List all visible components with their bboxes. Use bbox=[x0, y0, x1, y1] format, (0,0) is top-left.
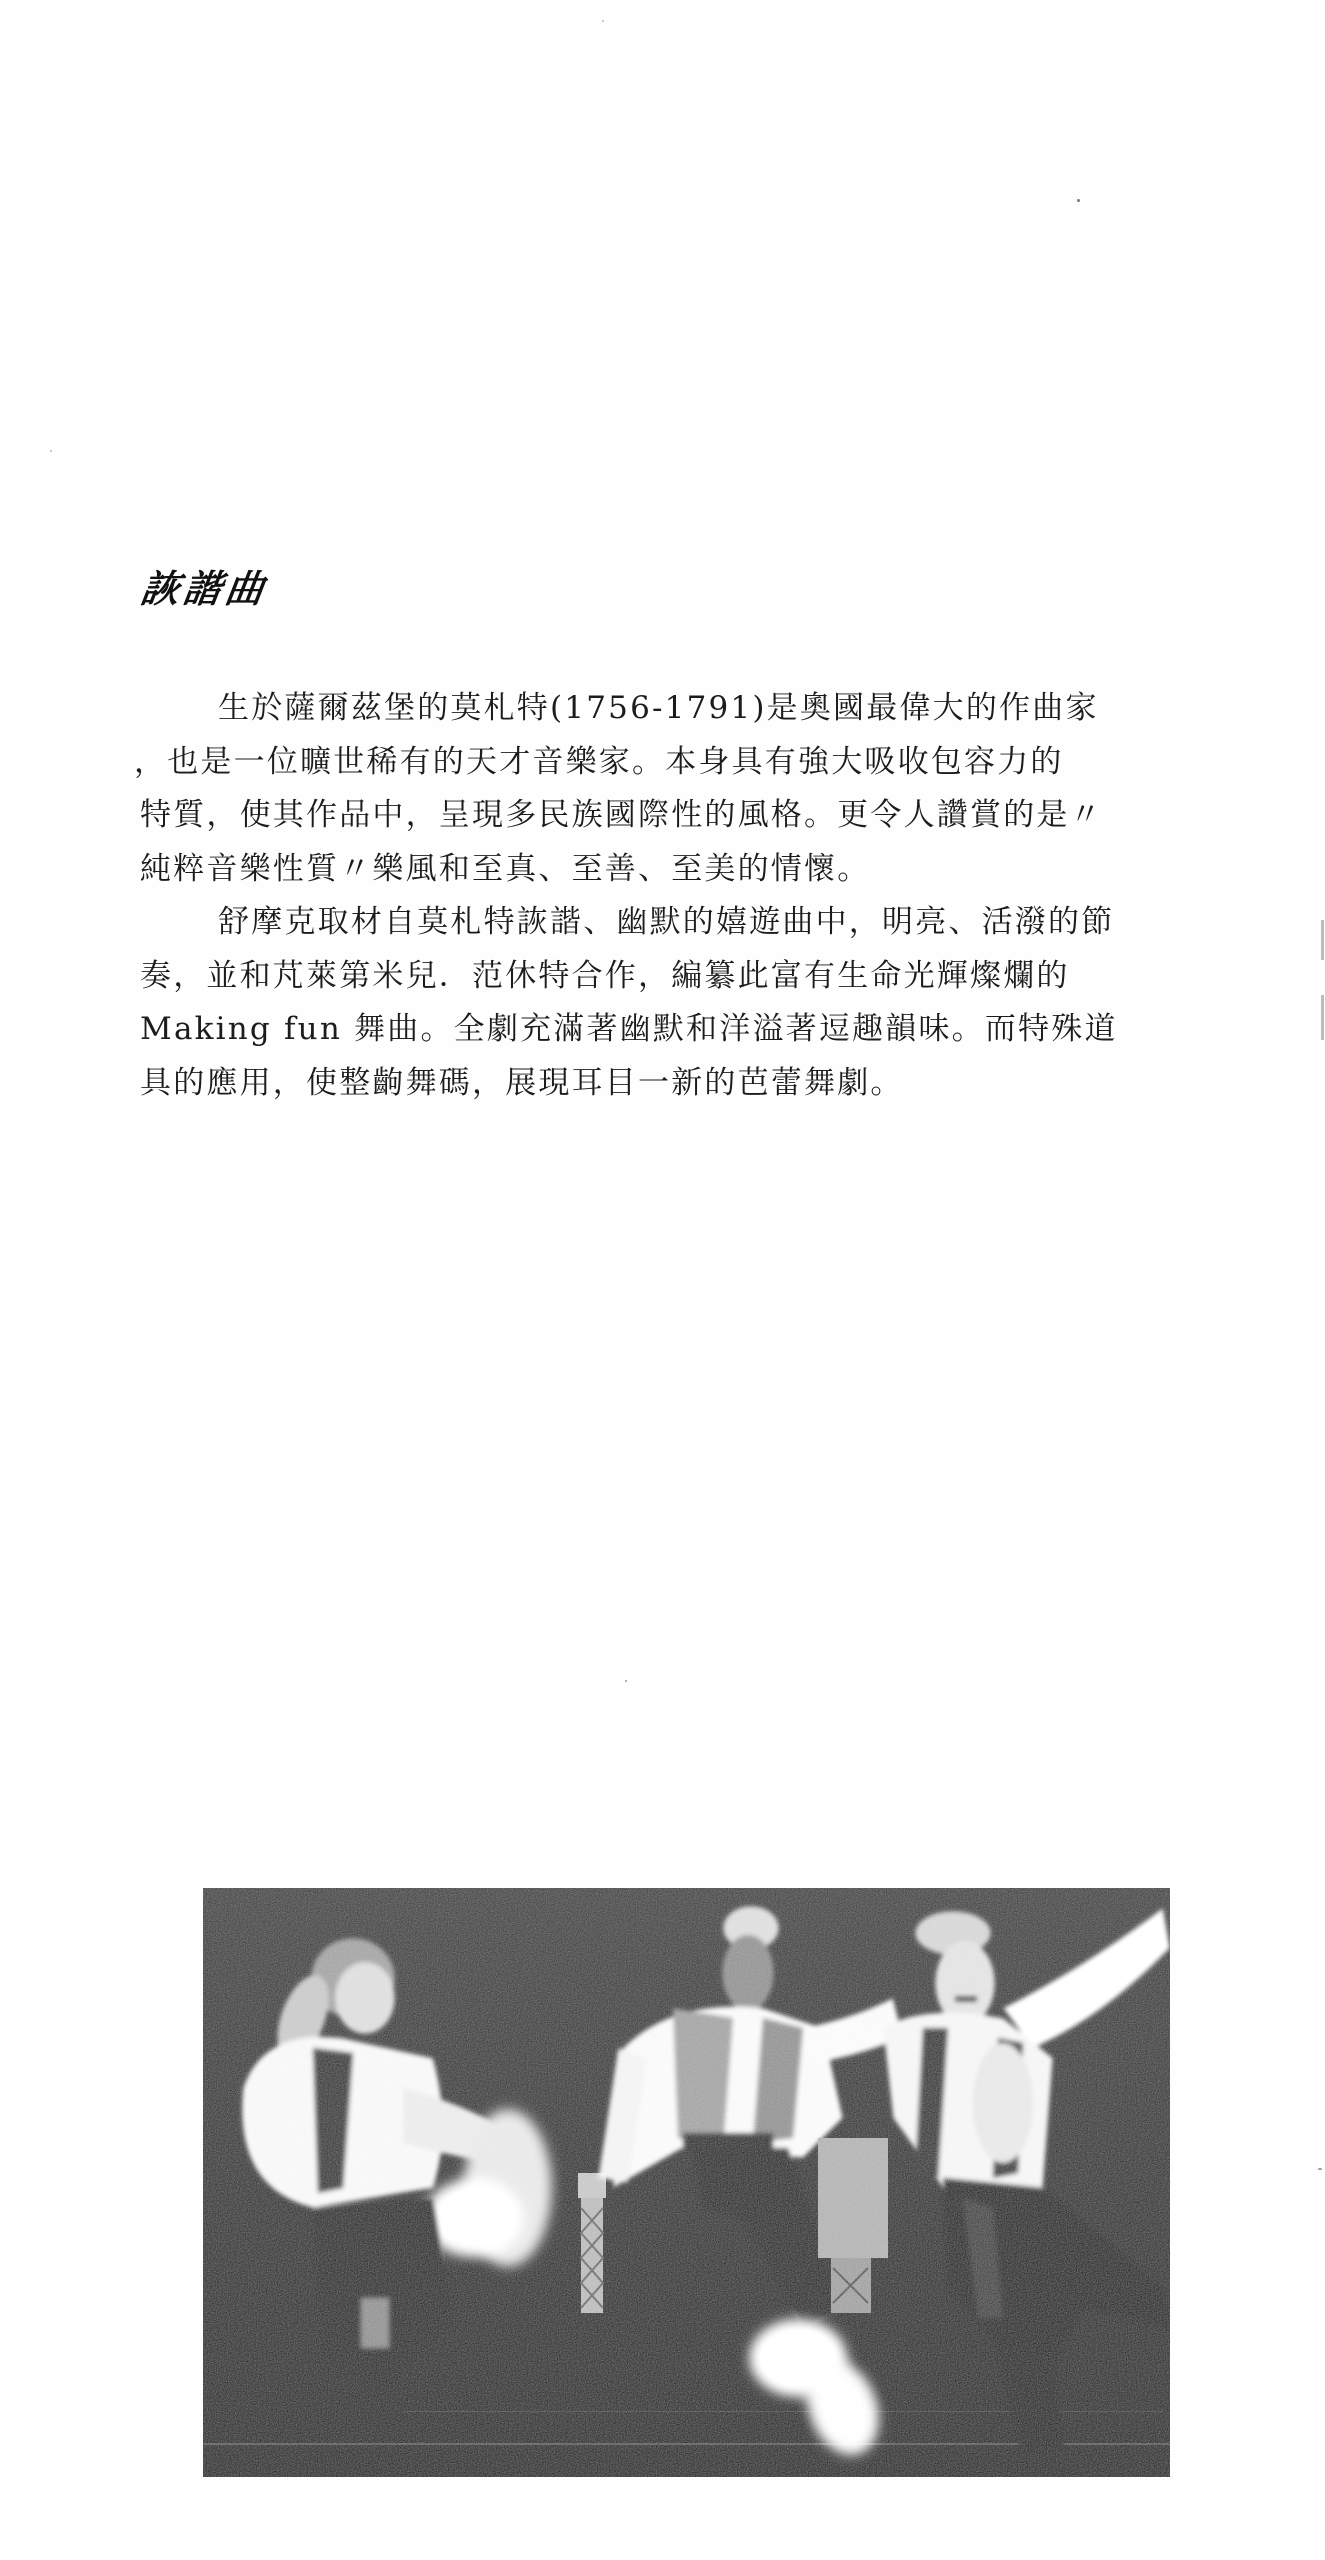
text-line: 生於薩爾茲堡的莫札特(1756-1791)是奧國最偉大的作曲家 bbox=[140, 682, 1220, 736]
text-line: 純粹音樂性質〃樂風和至真、至善、至美的情懷。 bbox=[140, 843, 1220, 897]
scan-edge-mark bbox=[1321, 995, 1324, 1040]
scan-speck bbox=[1077, 199, 1080, 202]
paragraph-1: 生於薩爾茲堡的莫札特(1756-1791)是奧國最偉大的作曲家 ，也是一位曠世稀… bbox=[140, 682, 1220, 896]
scan-speck bbox=[50, 450, 52, 452]
scan-speck bbox=[625, 1680, 627, 1682]
text-line: ，也是一位曠世稀有的天才音樂家。本身具有強大吸收包容力的 bbox=[134, 736, 1220, 790]
dancers-photo bbox=[203, 1888, 1170, 2477]
scan-edge-mark bbox=[1321, 920, 1324, 960]
page-title: 詼諧曲 bbox=[138, 558, 272, 613]
scan-speck bbox=[1318, 2168, 1322, 2170]
body-text: 生於薩爾茲堡的莫札特(1756-1791)是奧國最偉大的作曲家 ，也是一位曠世稀… bbox=[140, 682, 1220, 1110]
text-line: Making fun 舞曲。全劇充滿著幽默和洋溢著逗趣韻味。而特殊道 bbox=[140, 1003, 1220, 1057]
text-line: 具的應用，使整齣舞碼，展現耳目一新的芭蕾舞劇。 bbox=[140, 1057, 1220, 1111]
scan-speck bbox=[602, 20, 604, 22]
paragraph-2: 舒摩克取材自莫札特詼諧、幽默的嬉遊曲中，明亮、活潑的節 奏，並和芃萊第米兒．范休… bbox=[140, 896, 1220, 1110]
document-page: 詼諧曲 生於薩爾茲堡的莫札特(1756-1791)是奧國最偉大的作曲家 ，也是一… bbox=[0, 0, 1325, 2560]
text-line: 奏，並和芃萊第米兒．范休特合作，編纂此富有生命光輝燦爛的 bbox=[140, 950, 1220, 1004]
text-line: 特質，使其作品中，呈現多民族國際性的風格。更令人讚賞的是〃 bbox=[140, 789, 1220, 843]
dancers-photo-illustration bbox=[203, 1888, 1170, 2477]
text-line: 舒摩克取材自莫札特詼諧、幽默的嬉遊曲中，明亮、活潑的節 bbox=[140, 896, 1220, 950]
